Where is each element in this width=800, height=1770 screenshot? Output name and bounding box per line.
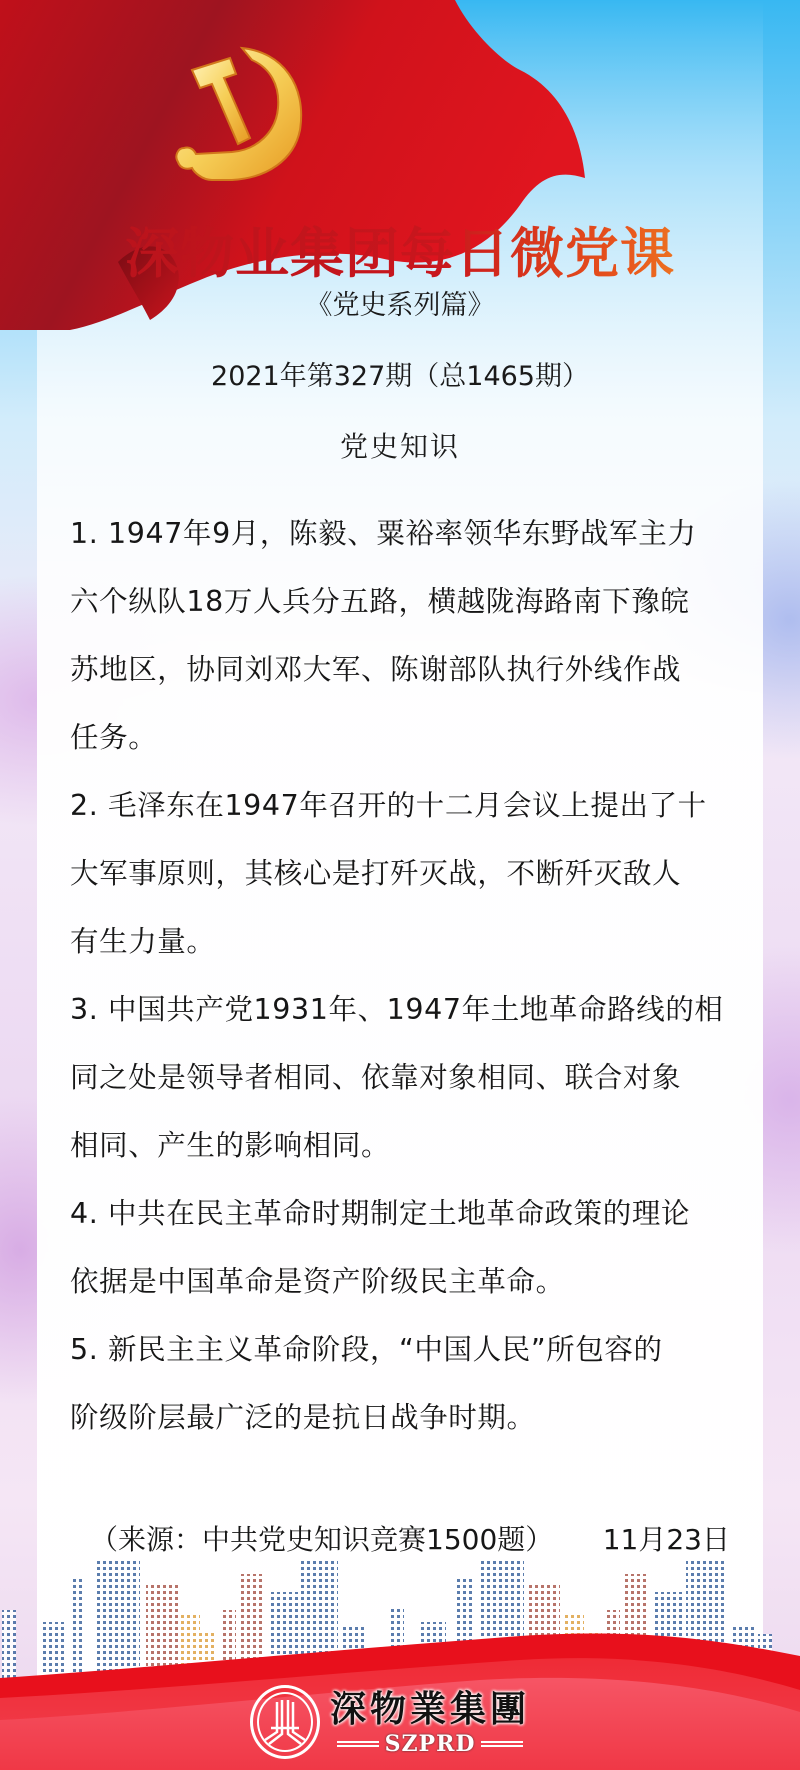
company-emblem-icon bbox=[250, 1685, 320, 1759]
knowledge-item-5: 5. 新民主主义革命阶段，“中国人民”所包容的 阶级阶层最广泛的是抗日战争时期。 bbox=[70, 1316, 734, 1452]
company-wordmark: 深物業集團 SZPRD bbox=[330, 1687, 530, 1757]
divider bbox=[481, 1741, 523, 1747]
company-logo: 深物業集團 SZPRD bbox=[250, 1682, 550, 1762]
item-line: 苏地区，协同刘邓大军、陈谢部队执行外线作战 bbox=[70, 636, 734, 704]
item-line: 任务。 bbox=[70, 704, 734, 772]
item-line: 1. 1947年9月，陈毅、粟裕率领华东野战军主力 bbox=[70, 500, 734, 568]
company-name-en: SZPRD bbox=[385, 1731, 476, 1757]
item-line: 有生力量。 bbox=[70, 908, 734, 976]
date-text: 11月23日 bbox=[603, 1522, 730, 1558]
divider bbox=[337, 1741, 379, 1747]
knowledge-item-4: 4. 中共在民主革命时期制定土地革命政策的理论 依据是中国革命是资产阶级民主革命… bbox=[70, 1180, 734, 1316]
page-title: 深物业集团每日微党课 bbox=[0, 222, 800, 284]
company-name-cn: 深物業集團 bbox=[330, 1687, 530, 1731]
item-line: 3. 中国共产党1931年、1947年土地革命路线的相 bbox=[70, 976, 734, 1044]
series-subtitle: 《党史系列篇》 bbox=[0, 288, 800, 324]
issue-number: 2021年第327期（总1465期） bbox=[0, 359, 800, 395]
item-line: 5. 新民主主义革命阶段，“中国人民”所包容的 bbox=[70, 1316, 734, 1384]
item-line: 相同、产生的影响相同。 bbox=[70, 1112, 734, 1180]
knowledge-item-1: 1. 1947年9月，陈毅、粟裕率领华东野战军主力 六个纵队18万人兵分五路，横… bbox=[70, 500, 734, 772]
item-line: 六个纵队18万人兵分五路，横越陇海路南下豫皖 bbox=[70, 568, 734, 636]
knowledge-list: 1. 1947年9月，陈毅、粟裕率领华东野战军主力 六个纵队18万人兵分五路，横… bbox=[70, 500, 734, 1452]
company-name-en-row: SZPRD bbox=[337, 1731, 524, 1757]
item-line: 4. 中共在民主革命时期制定土地革命政策的理论 bbox=[70, 1180, 734, 1248]
knowledge-item-2: 2. 毛泽东在1947年召开的十二月会议上提出了十 大军事原则，其核心是打歼灭战… bbox=[70, 772, 734, 976]
item-line: 同之处是领导者相同、依靠对象相同、联合对象 bbox=[70, 1044, 734, 1112]
knowledge-item-3: 3. 中国共产党1931年、1947年土地革命路线的相 同之处是领导者相同、依靠… bbox=[70, 976, 734, 1180]
source-text: （来源：中共党史知识竞赛1500题） bbox=[90, 1522, 553, 1558]
source-footer: （来源：中共党史知识竞赛1500题） 11月23日 bbox=[90, 1522, 730, 1558]
item-line: 大军事原则，其核心是打歼灭战，不断歼灭敌人 bbox=[70, 840, 734, 908]
item-line: 2. 毛泽东在1947年召开的十二月会议上提出了十 bbox=[70, 772, 734, 840]
item-line: 依据是中国革命是资产阶级民主革命。 bbox=[70, 1248, 734, 1316]
section-heading: 党史知识 bbox=[0, 429, 800, 465]
item-line: 阶级阶层最广泛的是抗日战争时期。 bbox=[70, 1384, 734, 1452]
